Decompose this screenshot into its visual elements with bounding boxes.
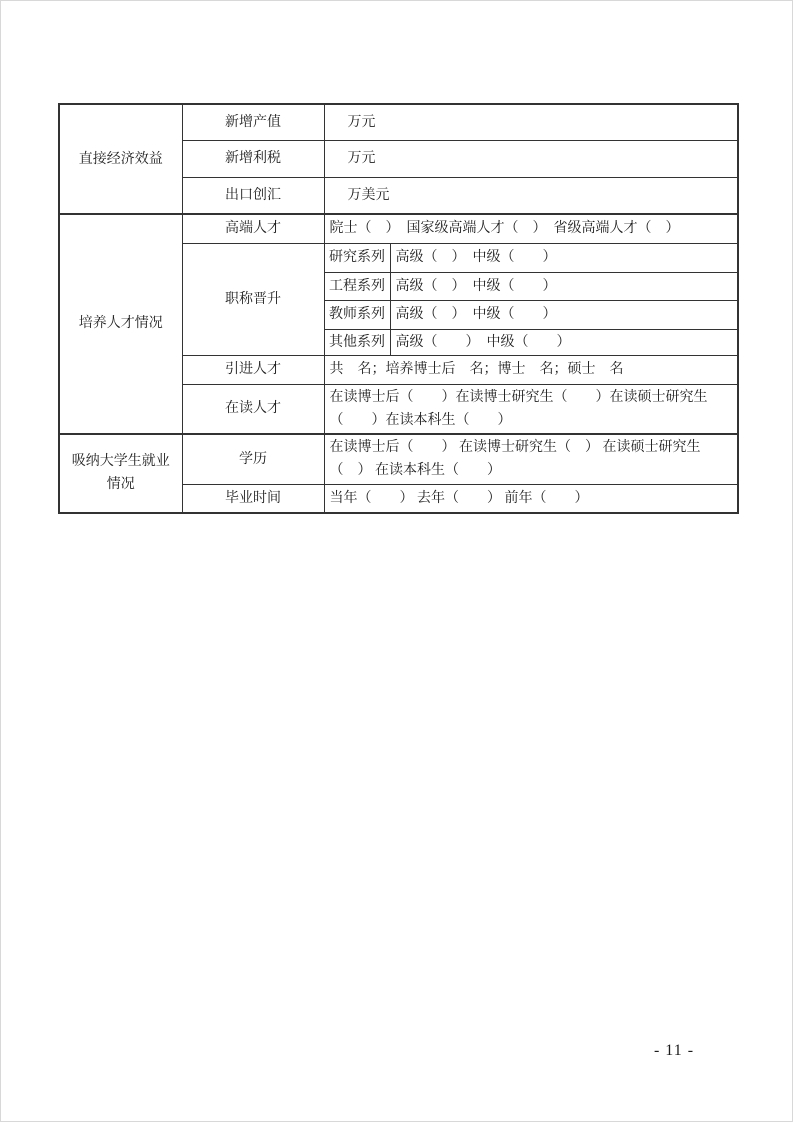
content-cell-enrolled-talent: 在读博士后（ ）在读博士研究生（ ）在读硕士研究生（ ）在读本科生（ ） [324,384,738,434]
content-cell-introduced-talent: 共 名；培养博士后 名；博士 名；硕士 名 [324,355,738,384]
sublabel-cell-engineering-series: 工程系列 [324,272,390,300]
page-number: - 11 - [638,1042,710,1060]
label-cell-new-output-value: 新增产值 [182,104,324,140]
label-cell-high-end-talent: 高端人才 [182,214,324,243]
label-cell-enrolled-talent: 在读人才 [182,384,324,434]
label-cell-education-level: 学历 [182,434,324,485]
content-cell-new-output-value: 万元 [324,104,738,140]
content-cell-education-level: 在读博士后（ ） 在读博士研究生（ ） 在读硕士研究生（ ） 在读本科生（ ） [324,434,738,485]
performance-form-table: 直接经济效益 新增产值 万元 新增利税 万元 出口创汇 万美元 培养人才情况 高… [58,103,739,514]
content-cell-high-end-talent: 院士（ ） 国家级高端人才（ ） 省级高端人才（ ） [324,214,738,243]
sublabel-cell-research-series: 研究系列 [324,243,390,272]
content-cell-engineering-series: 高级（ ） 中级（ ） [390,272,738,300]
group-cell-talent-cultivation: 培养人才情况 [59,214,182,434]
group-cell-graduate-employment: 吸纳大学生就业情况 [59,434,182,513]
label-cell-new-profit-tax: 新增利税 [182,140,324,177]
label-cell-export-earnings: 出口创汇 [182,177,324,214]
content-cell-export-earnings: 万美元 [324,177,738,214]
sublabel-cell-other-series: 其他系列 [324,329,390,355]
group-cell-direct-economic-benefits: 直接经济效益 [59,104,182,214]
content-cell-new-profit-tax: 万元 [324,140,738,177]
content-cell-other-series: 高级（ ） 中级（ ） [390,329,738,355]
content-cell-research-series: 高级（ ） 中级（ ） [390,243,738,272]
label-cell-title-promotion: 职称晋升 [182,243,324,355]
document-page: 直接经济效益 新增产值 万元 新增利税 万元 出口创汇 万美元 培养人才情况 高… [0,0,793,1122]
sublabel-cell-teacher-series: 教师系列 [324,300,390,329]
label-cell-graduation-time: 毕业时间 [182,485,324,513]
content-cell-teacher-series: 高级（ ） 中级（ ） [390,300,738,329]
label-cell-introduced-talent: 引进人才 [182,355,324,384]
content-cell-graduation-time: 当年（ ） 去年（ ） 前年（ ） [324,485,738,513]
